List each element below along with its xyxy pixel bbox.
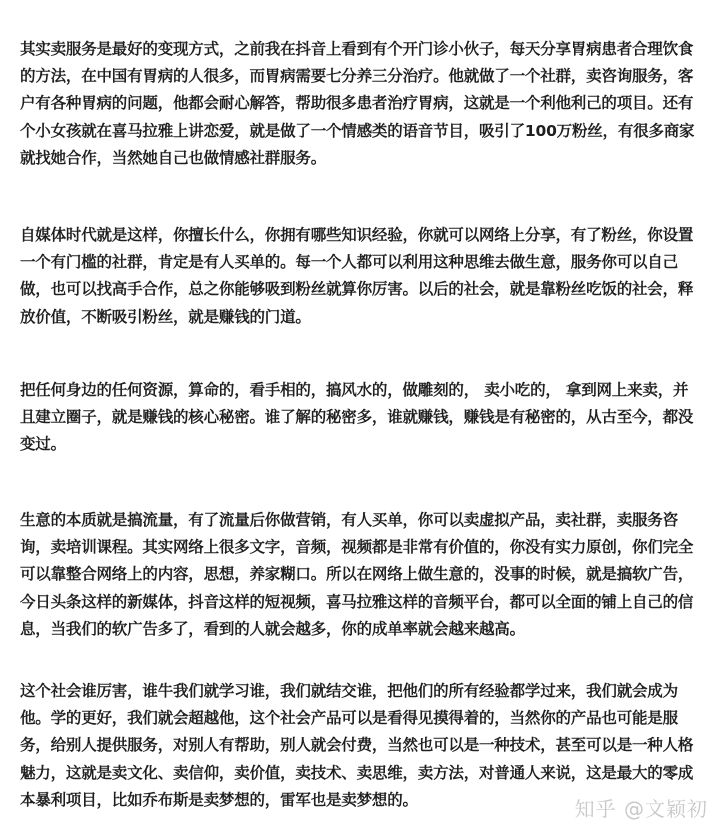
paragraph-business-traffic: 生意的本质就是搞流量，有了流量后你做营销，有人买单，你可以卖虚拟产品，卖社群，卖… — [20, 507, 710, 643]
text-line: 息，当我们的软广告多了，看到的人就会越多，你的成单率就会越来越高。 — [20, 616, 710, 643]
text-line: 把任何身边的任何资源，算命的，看手相的，搞风水的，做雕刻的， 卖小吃的， 拿到网… — [20, 377, 710, 404]
text-line: 做，也可以找高手合作，总之你能够吸到粉丝就算你厉害。以后的社会，就是靠粉丝吃饭的… — [20, 276, 710, 303]
text-line: 一个有门槛的社群，肯定是有人买单的。每一个人都可以利用这种思维去做生意，服务你可… — [20, 249, 710, 276]
text-line: 变过。 — [20, 431, 710, 458]
text-line: 这个社会谁厉害，谁牛我们就学习谁，我们就结交谁，把他们的所有经验都学过来，我们就… — [20, 678, 710, 705]
text-line: 个小女孩就在喜马拉雅上讲恋爱，就是做了一个情感类的语音节目，吸引了100万粉丝，… — [20, 118, 710, 145]
paragraph-selling-services: 其实卖服务是最好的变现方式，之前我在抖音上看到有个开门诊小伙子，每天分享胃病患者… — [20, 36, 710, 172]
text-line: 务，给别人提供服务，对别人有帮助，别人就会付费，当然也可以是一种技术，甚至可以是… — [20, 732, 710, 759]
text-line: 可以靠整合网络上的内容，思想，养家糊口。所以在网络上做生意的，没事的时候，就是搞… — [20, 561, 710, 588]
text-line: 放价值，不断吸引粉丝，就是赚钱的门道。 — [20, 304, 710, 331]
text-line: 今日头条这样的新媒体，抖音这样的短视频，喜马拉雅这样的音频平台，都可以全面的铺上… — [20, 589, 710, 616]
paragraph-resources-secret: 把任何身边的任何资源，算命的，看手相的，搞风水的，做雕刻的， 卖小吃的， 拿到网… — [20, 377, 710, 459]
text-line: 且建立圈子，就是赚钱的核心秘密。谁了解的秘密多，谁就赚钱，赚钱是有秘密的，从古至… — [20, 404, 710, 431]
text-line: 询，卖培训课程。其实网络上很多文字，音频，视频都是非常有价值的，你没有实力原创，… — [20, 534, 710, 561]
text-line: 他。学的更好，我们就会超越他，这个社会产品可以是看得见摸得着的，当然你的产品也可… — [20, 705, 710, 732]
paragraph-self-media-era: 自媒体时代就是这样，你擅长什么，你拥有哪些知识经验，你就可以网络上分享，有了粉丝… — [20, 222, 710, 331]
text-line: 生意的本质就是搞流量，有了流量后你做营销，有人买单，你可以卖虚拟产品，卖社群，卖… — [20, 507, 710, 534]
text-line: 就找她合作，当然她自己也做情感社群服务。 — [20, 145, 710, 172]
text-line: 自媒体时代就是这样，你擅长什么，你拥有哪些知识经验，你就可以网络上分享，有了粉丝… — [20, 222, 710, 249]
text-line: 魅力，这就是卖文化、卖信仰，卖价值，卖技术、卖思维，卖方法，对普通人来说，这是最… — [20, 760, 710, 787]
text-line: 其实卖服务是最好的变现方式，之前我在抖音上看到有个开门诊小伙子，每天分享胃病患者… — [20, 36, 710, 63]
zhihu-watermark: 知乎 @文颖初 — [575, 793, 708, 822]
text-line: 户有各种胃病的问题，他都会耐心解答，帮助很多患者治疗胃病，这就是一个利他利己的项… — [20, 90, 710, 117]
text-line: 的方法，在中国有胃病的人很多，而胃病需要七分养三分治疗。他就做了一个社群，卖咨询… — [20, 63, 710, 90]
